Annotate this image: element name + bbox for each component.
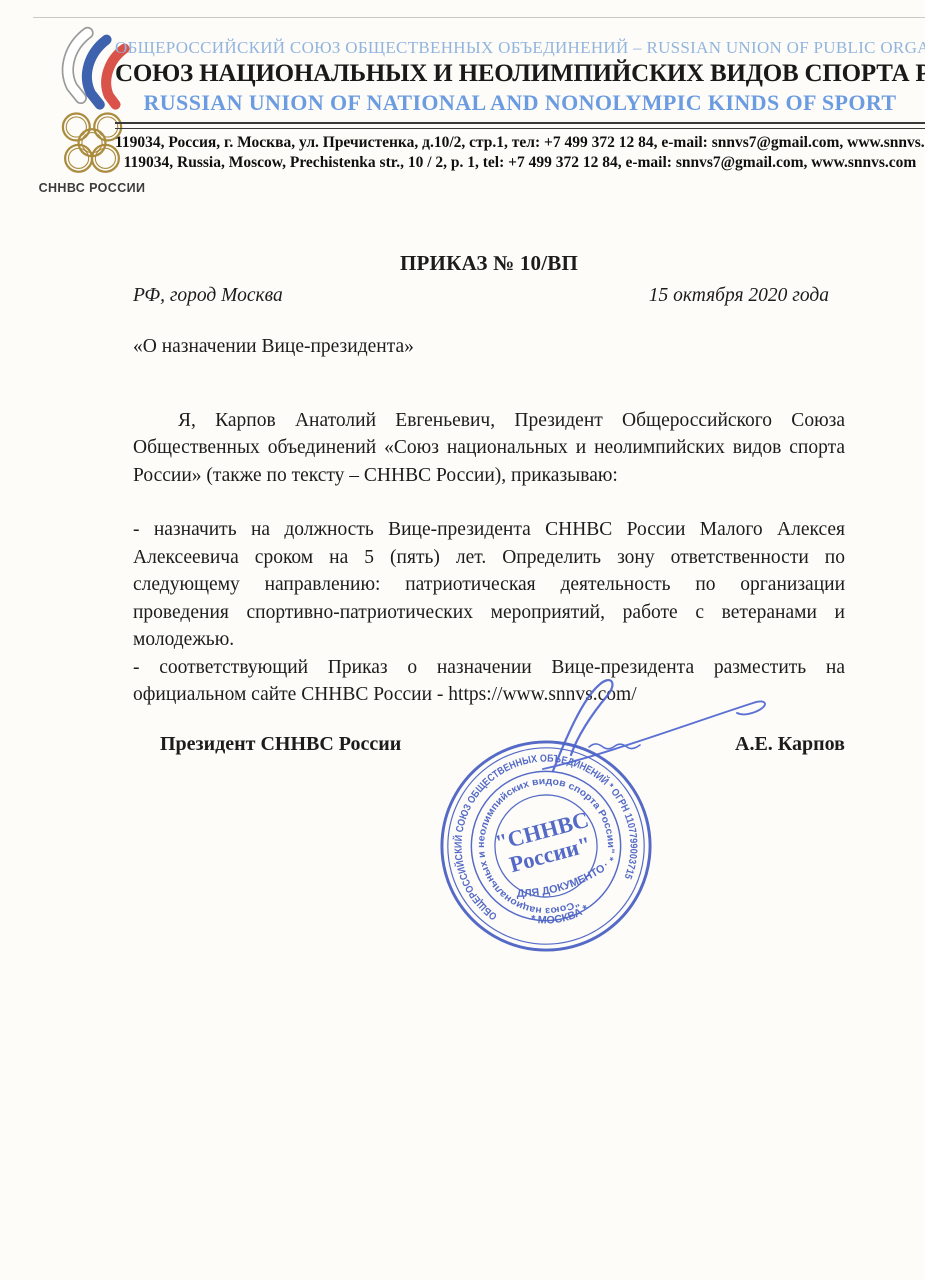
signer-role: Президент СННВС России — [160, 733, 401, 756]
place-date-row: РФ, город Москва 15 октября 2020 года — [133, 282, 845, 310]
document-date: 15 октября 2020 года — [649, 282, 829, 310]
paragraph-preamble: Я, Карпов Анатолий Евгеньевич, Президент… — [133, 407, 845, 490]
address-english: 119034, Russia, Moscow, Prechistenka str… — [115, 153, 925, 173]
org-name-line2: СОЮЗ НАЦИОНАЛЬНЫХ И НЕОЛИМПИЙСКИХ ВИДОВ … — [115, 60, 925, 88]
document-subject: «О назначении Вице-президента» — [133, 333, 845, 361]
address-russian: 119034, Россия, г. Москва, ул. Пречистен… — [115, 133, 925, 153]
letterhead-text: ОБЩЕРОССИЙСКИЙ СОЮЗ ОБЩЕСТВЕННЫХ ОБЪЕДИН… — [115, 38, 925, 173]
document-body: ПРИКАЗ № 10/ВП РФ, город Москва 15 октяб… — [133, 250, 845, 709]
document-place: РФ, город Москва — [133, 282, 283, 310]
document-title: ПРИКАЗ № 10/ВП — [133, 250, 845, 278]
org-name-line1: ОБЩЕРОССИЙСКИЙ СОЮЗ ОБЩЕСТВЕННЫХ ОБЪЕДИН… — [115, 38, 925, 58]
handwritten-signature — [515, 663, 785, 778]
paragraph-order-1: - назначить на должность Вице-президента… — [133, 516, 845, 654]
scan-artifact-line — [33, 17, 925, 18]
logo-caption: СННВС РОССИИ — [36, 181, 148, 195]
signature-stroke-icon — [515, 663, 785, 778]
header-divider — [115, 122, 925, 129]
org-name-line3: RUSSIAN UNION OF NATIONAL AND NONOLYMPIC… — [115, 90, 925, 116]
